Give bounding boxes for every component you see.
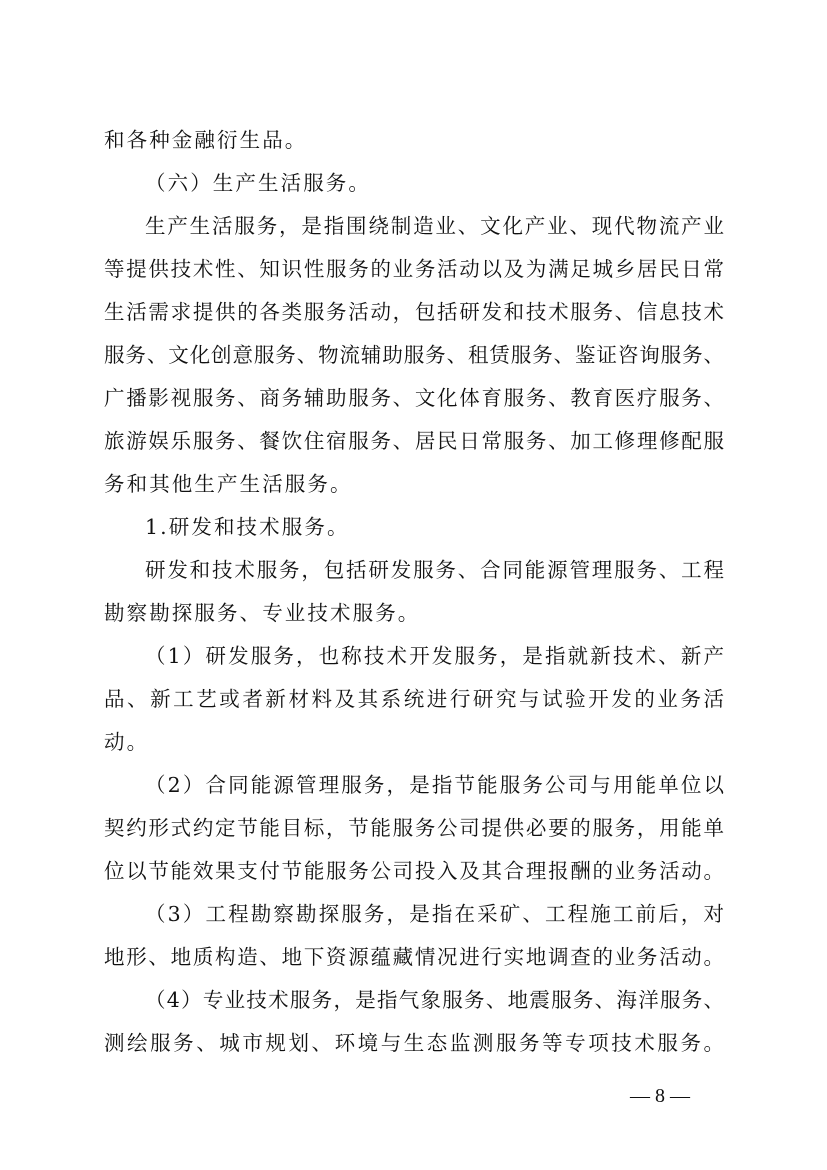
text-line: 动。 xyxy=(104,730,724,754)
text-line: 服务、文化创意服务、物流辅助服务、租赁服务、鉴证咨询服务、 xyxy=(104,343,724,367)
text-line: 位以节能效果支付节能服务公司投入及其合理报酬的业务活动。 xyxy=(104,859,724,883)
text-line: 研发和技术服务，包括研发服务、合同能源管理服务、工程 xyxy=(145,558,724,582)
text-line: 勘察勘探服务、专业技术服务。 xyxy=(104,601,724,625)
text-line: 地形、地质构造、地下资源蕴藏情况进行实地调查的业务活动。 xyxy=(104,945,724,969)
text-line: （2）合同能源管理服务，是指节能服务公司与用能单位以 xyxy=(145,773,724,797)
text-line: 务和其他生产生活服务。 xyxy=(104,472,724,496)
text-line: 和各种金融衍生品。 xyxy=(104,128,724,152)
text-line: 品、新工艺或者新材料及其系统进行研究与试验开发的业务活 xyxy=(104,687,724,711)
text-line: （1）研发服务，也称技术开发服务，是指就新技术、新产 xyxy=(145,644,724,668)
document-page: 和各种金融衍生品。（六）生产生活服务。生产生活服务，是指围绕制造业、文化产业、现… xyxy=(0,0,827,1170)
text-line: 生活需求提供的各类服务活动，包括研发和技术服务、信息技术 xyxy=(104,300,724,324)
text-line: （六）生产生活服务。 xyxy=(145,171,724,195)
text-line: 旅游娱乐服务、餐饮住宿服务、居民日常服务、加工修理修配服 xyxy=(104,429,724,453)
text-line: 生产生活服务，是指围绕制造业、文化产业、现代物流产业 xyxy=(145,214,724,238)
text-line: （3）工程勘察勘探服务，是指在采矿、工程施工前后，对 xyxy=(145,902,724,926)
text-line: 广播影视服务、商务辅助服务、文化体育服务、教育医疗服务、 xyxy=(104,386,724,410)
page-number: — 8 — xyxy=(620,1085,700,1108)
text-line: 1.研发和技术服务。 xyxy=(145,515,724,539)
text-line: 等提供技术性、知识性服务的业务活动以及为满足城乡居民日常 xyxy=(104,257,724,281)
text-line: 契约形式约定节能目标，节能服务公司提供必要的服务，用能单 xyxy=(104,816,724,840)
text-line: 测绘服务、城市规划、环境与生态监测服务等专项技术服务。 xyxy=(104,1031,724,1055)
text-line: （4）专业技术服务，是指气象服务、地震服务、海洋服务、 xyxy=(145,988,724,1012)
